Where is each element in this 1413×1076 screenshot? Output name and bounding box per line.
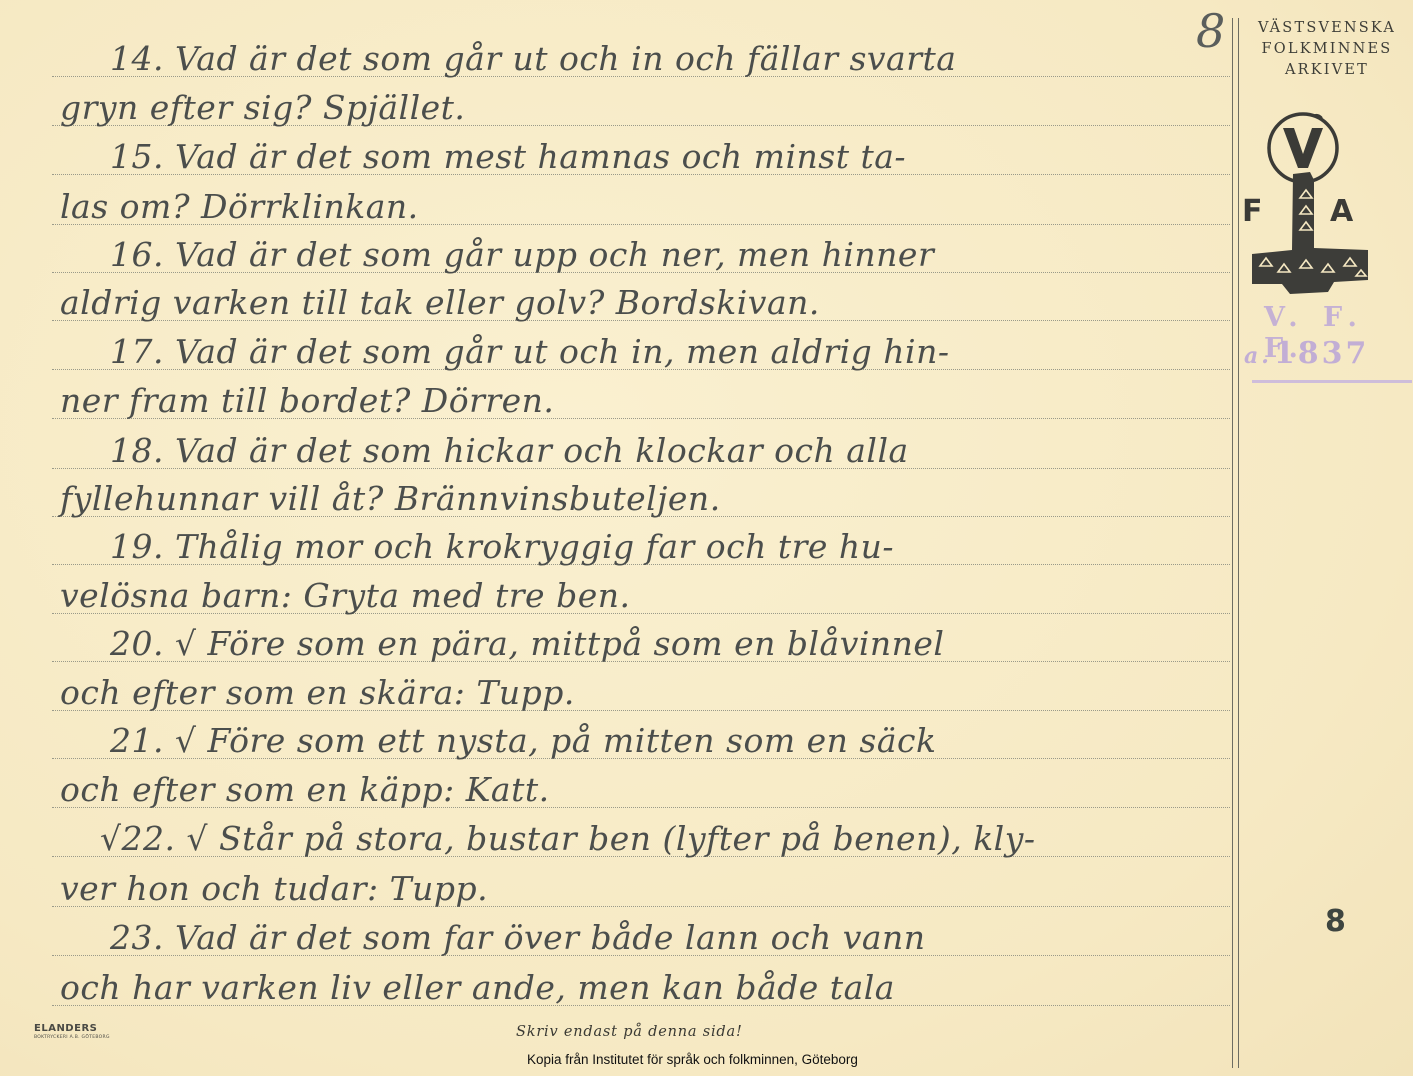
stamp-prefix: a. [1244,343,1272,369]
manuscript-page: 14. Vad är det som går ut och in och fäl… [0,0,1413,1076]
handwritten-line: fyllehunnar vill åt? Brännvinsbuteljen. [60,482,1220,515]
footer-instruction: Skriv endast på denna sida! [516,1024,743,1040]
handwritten-line: ner fram till bordet? Dörren. [60,384,1220,417]
handwritten-page-number: 8 [1196,4,1225,58]
handwritten-line: 18. Vad är det som hickar och klockar oc… [110,434,1270,467]
archive-header-line: ARKIVET [1242,60,1412,81]
archive-header-line: FOLKMINNES [1242,39,1412,60]
handwritten-line: ver hon och tudar: Tupp. [60,872,1220,905]
handwritten-line: 21. √ Före som ett nysta, på mitten som … [110,724,1270,757]
handwritten-line: 20. √ Före som en pära, mittpå som en bl… [110,627,1270,660]
handwritten-line: 23. Vad är det som far över både lann oc… [110,921,1270,954]
handwritten-line: gryn efter sig? Spjället. [60,91,1220,124]
handwritten-line: velösna barn: Gryta med tre ben. [60,579,1220,612]
copy-attribution: Kopia från Institutet för språk och folk… [527,1052,858,1067]
handwritten-line: och efter som en skära: Tupp. [60,676,1220,709]
thors-hammer-icon [1250,108,1375,298]
handwritten-line: och har varken liv eller ande, men kan b… [60,971,1220,1004]
archive-header-line: VÄSTSVENSKA [1242,18,1412,39]
handwritten-line: 17. Vad är det som går ut och in, men al… [110,335,1270,368]
printer-mark: ELANDERS BOKTRYCKERI A.B. GÖTEBORG [34,1023,110,1040]
archive-header: VÄSTSVENSKA FOLKMINNES ARKIVET [1242,18,1412,81]
printer-name: ELANDERS [34,1023,110,1034]
printer-subtitle: BOKTRYCKERI A.B. GÖTEBORG [34,1035,110,1040]
handwritten-line: 15. Vad är det som mest hamnas och minst… [110,140,1270,173]
handwritten-line: aldrig varken till tak eller golv? Bords… [60,286,1220,319]
logo-letter-right: A [1330,194,1353,229]
stamp-number: a.1837 [1244,336,1369,371]
stamp-underline [1252,380,1412,383]
logo-letter-left: F [1242,194,1263,229]
handwritten-line: 19. Thålig mor och krokryggig far och tr… [110,530,1270,563]
stamp-accession-number: 1837 [1274,336,1370,371]
handwritten-line: 16. Vad är det som går upp och ner, men … [110,238,1270,271]
handwritten-line: 14. Vad är det som går ut och in och fäl… [110,42,1270,75]
handwritten-line: √22. √ Står på stora, bustar ben (lyfter… [100,822,1260,855]
handwritten-line: och efter som en käpp: Katt. [60,773,1220,806]
printed-page-number: 8 [1325,904,1346,939]
vfa-logo: F A [1250,108,1375,298]
handwritten-line: las om? Dörrklinkan. [60,190,1220,223]
